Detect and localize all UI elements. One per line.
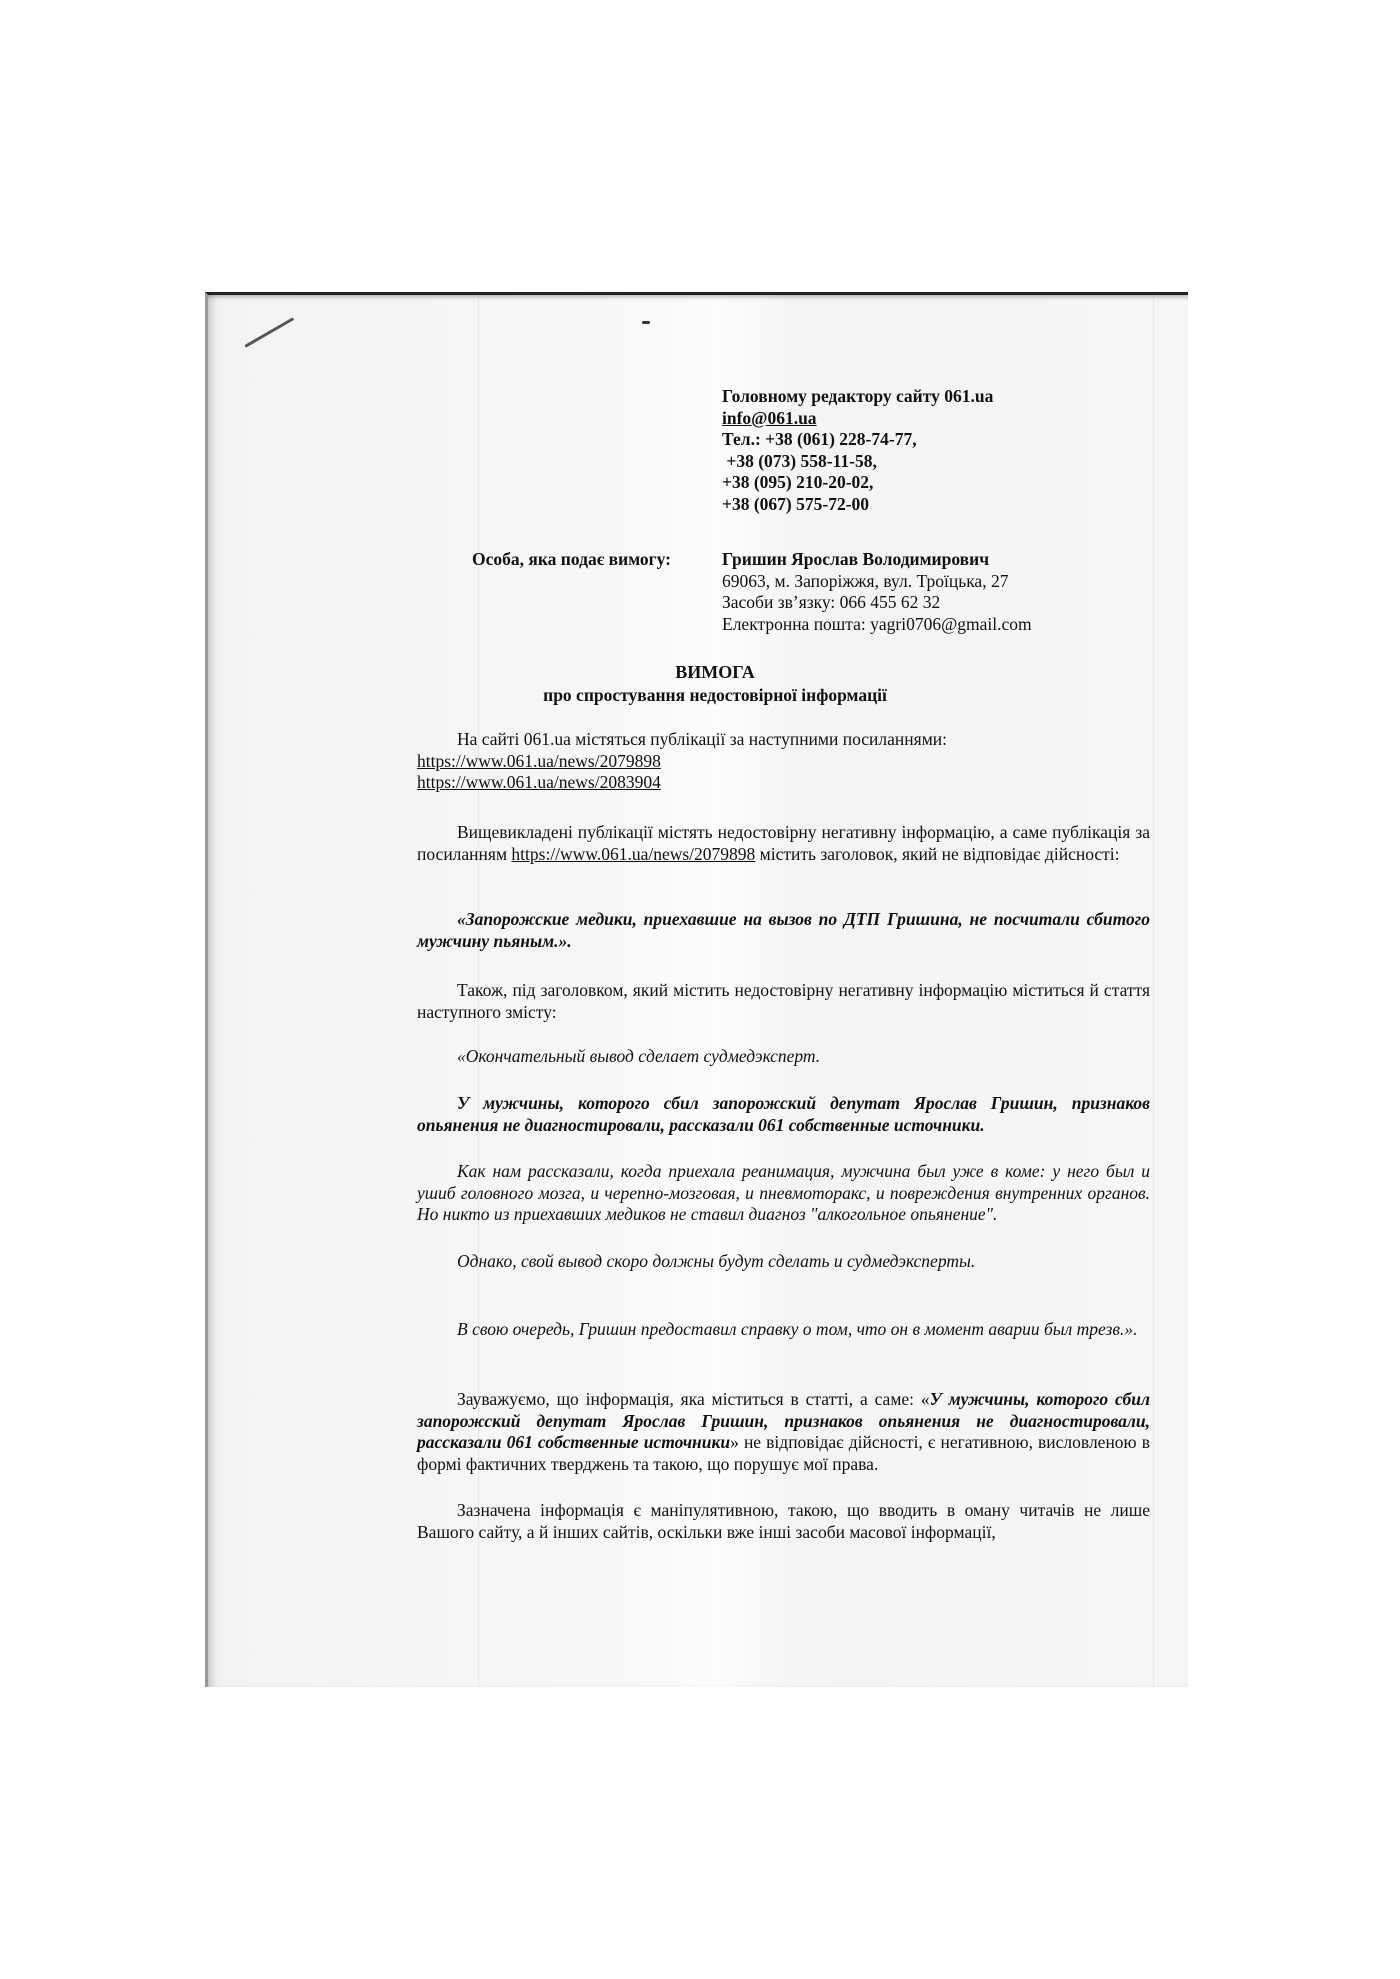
document-title: ВИМОГА [205,662,1185,683]
article-quote-2: У мужчины, которого сбил запорожский деп… [417,1093,1150,1136]
sender-contact: Засоби зв’язку: 066 455 62 32 [722,592,1032,614]
publication-link[interactable]: https://www.061.ua/news/2083904 [417,772,1150,794]
paragraph-3: Також, під заголовком, який містить недо… [417,980,1150,1023]
headline-quote-text: «Запорожские медики, приехавшие на вызов… [417,909,1150,952]
quote-text: Как нам рассказали, когда приехала реани… [417,1161,1150,1226]
scan-speck [642,321,650,324]
addressee-phone: +38 (095) 210-20-02, [722,472,993,494]
p4-text: Зауважуємо, що інформація, яка міститься… [457,1389,930,1409]
p2-link[interactable]: https://www.061.ua/news/2079898 [511,844,755,864]
paragraph-5: Зазначена інформація є маніпулятивною, т… [417,1500,1150,1543]
sender-block: Гришин Ярослав Володимирович 69063, м. З… [722,549,1032,635]
addressee-phone: Тел.: +38 (061) 228-74-77, [722,429,993,451]
quote-text: У мужчины, которого сбил запорожский деп… [417,1093,1150,1136]
intro-text: На сайті 061.ua містяться публікації за … [417,729,1150,751]
addressee-block: Головному редактору сайту 061.ua info@06… [722,386,993,515]
sender-label: Особа, яка подає вимогу: [472,549,671,570]
p5-text: Зазначена інформація є маніпулятивною, т… [417,1500,1150,1543]
headline-quote: «Запорожские медики, приехавшие на вызов… [417,909,1150,952]
intro-paragraph: На сайті 061.ua містяться публікації за … [417,729,1150,794]
article-quote-4: Однако, свой вывод скоро должны будут сд… [417,1251,1150,1273]
addressee-phone: +38 (073) 558-11-58, [722,451,993,473]
sender-email: Електронна пошта: yagri0706@gmail.com [722,614,1032,636]
addressee-title: Головному редактору сайту 061.ua [722,386,993,408]
paragraph-4: Зауважуємо, що інформація, яка міститься… [417,1389,1150,1475]
article-quote-5: В свою очередь, Гришин предоставил справ… [417,1319,1150,1341]
p2-text: містить заголовок, який не відповідає ді… [755,844,1119,864]
article-quote-1: «Окончательный вывод сделает судмедэкспе… [417,1046,1150,1068]
p3-text: Також, під заголовком, який містить недо… [417,980,1150,1023]
article-quote-3: Как нам рассказали, когда приехала реани… [417,1161,1150,1226]
quote-text: В свою очередь, Гришин предоставил справ… [417,1319,1150,1341]
addressee-phone: +38 (067) 575-72-00 [722,494,993,516]
sender-name: Гришин Ярослав Володимирович [722,549,1032,571]
quote-text: Однако, свой вывод скоро должны будут сд… [417,1251,1150,1273]
sender-address: 69063, м. Запоріжжя, вул. Троїцька, 27 [722,571,1032,593]
addressee-email[interactable]: info@061.ua [722,408,993,430]
quote-text: «Окончательный вывод сделает судмедэкспе… [417,1046,1150,1068]
scan-fold-line [1153,295,1154,1687]
paragraph-2: Вищевикладені публікації містять недосто… [417,822,1150,865]
document-subtitle: про спростування недостовірної інформаці… [205,685,1185,706]
publication-link[interactable]: https://www.061.ua/news/2079898 [417,751,1150,773]
